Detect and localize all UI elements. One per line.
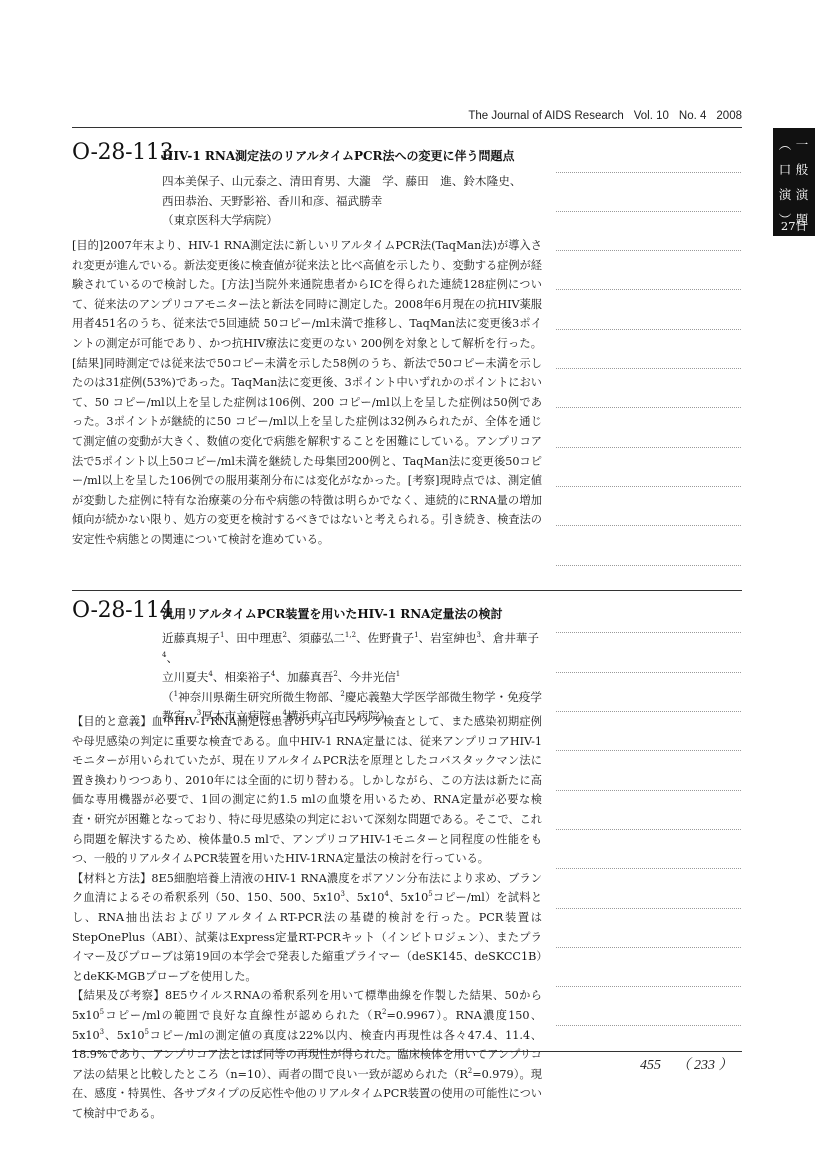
text-run: 、5x10 — [345, 891, 384, 904]
author-affiliation-mark: 2 — [282, 631, 286, 639]
side-tab-char: 口 — [776, 157, 794, 182]
abstract-o-28-114: O-28-114 汎用リアルタイムPCR装置を用いたHIV-1 RNA定量法の検… — [72, 598, 542, 1048]
text-run: 、5x10 — [104, 1029, 144, 1042]
note-line — [556, 750, 741, 751]
abstract-title: 汎用リアルタイムPCR装置を用いたHIV-1 RNA定量法の検討 — [162, 605, 503, 622]
abstract-text: [目的]2007年末より、HIV-1 RNA測定法に新しいリアルタイムPCR法(… — [72, 236, 542, 550]
abstract-id: O-28-113 — [72, 140, 173, 165]
notes-column — [556, 0, 741, 1170]
note-line — [556, 447, 741, 448]
author-line: 四本美保子、山元泰之、清田育男、大瀧 学、藤田 進、鈴木隆史、 — [162, 172, 547, 192]
author-affiliation-mark: 4 — [162, 651, 166, 659]
author-name: 今井光信 — [349, 670, 395, 684]
author-affiliation-mark: 2 — [333, 670, 337, 678]
author-affiliation-mark: 1 — [396, 670, 400, 678]
page-number: 455 （ 233 ） — [640, 1054, 733, 1074]
note-line — [556, 632, 741, 633]
abstract-title: HIV-1 RNA測定法のリアルタイムPCR法への変更に伴う問題点 — [162, 147, 515, 164]
section-methods: 【材料と方法】8E5細胞培養上清液のHIV-1 RNA濃度をポアソン分布法により… — [72, 869, 542, 987]
author-affiliation-mark: 4 — [271, 670, 275, 678]
note-line — [556, 289, 741, 290]
note-line — [556, 486, 741, 487]
note-line — [556, 525, 741, 526]
author-line: 西田恭治、天野影裕、香川和彦、福武勝幸 — [162, 192, 547, 212]
author-name: 佐野貴子 — [368, 631, 414, 645]
note-line — [556, 250, 741, 251]
note-line — [556, 1025, 741, 1026]
note-line — [556, 947, 741, 948]
abstract-o-28-113: O-28-113 HIV-1 RNA測定法のリアルタイムPCR法への変更に伴う問… — [72, 140, 542, 520]
abstract-body: [目的]2007年末より、HIV-1 RNA測定法に新しいリアルタイムPCR法(… — [72, 236, 542, 550]
author-affiliation-mark: 4 — [208, 670, 212, 678]
page-number-sub: （ 233 ） — [677, 1058, 733, 1073]
note-line — [556, 565, 741, 566]
note-line — [556, 790, 741, 791]
author-affiliation-mark: 3 — [477, 631, 481, 639]
affiliation-line: （東京医科大学病院） — [162, 211, 547, 231]
author-affiliation-mark: 1,2 — [345, 631, 356, 639]
author-name: 加藤真吾 — [287, 670, 333, 684]
author-name: 近藤真規子 — [162, 631, 220, 645]
note-line — [556, 368, 741, 369]
note-line — [556, 986, 741, 987]
note-line — [556, 908, 741, 909]
side-tab-char: ︵ — [776, 132, 794, 157]
side-tab-char: 一 — [793, 132, 811, 157]
page-number-main: 455 — [640, 1058, 661, 1073]
author-name: 須藤弘二 — [299, 631, 345, 645]
author-affiliation-mark: 1 — [414, 631, 418, 639]
section-side-tab: ︵ 口 演 ︶ 一 般 演 題 27日 — [773, 128, 815, 236]
side-tab-left-column: ︵ 口 演 ︶ — [776, 132, 794, 232]
note-line — [556, 711, 741, 712]
side-tab-char: 演 — [793, 182, 811, 207]
note-line — [556, 868, 741, 869]
author-name: 立川夏夫 — [162, 670, 208, 684]
note-line — [556, 329, 741, 330]
author-line: 立川夏夫4、相楽裕子4、加藤真吾2、今井光信1 — [162, 668, 547, 688]
affiliation-name: 慶応義塾大学医学部微生物学・免疫学 — [345, 690, 542, 704]
note-line — [556, 211, 741, 212]
section-purpose: 【目的と意義】血中HIV-1 RNA測定は患者のフォローアップ検査として、また感… — [72, 712, 542, 869]
author-name: 倉井華子 — [493, 631, 539, 645]
abstract-id: O-28-114 — [72, 598, 173, 623]
affiliation-line: （1神奈川県衛生研究所微生物部、2慶応義塾大学医学部微生物学・免疫学 — [162, 688, 547, 708]
side-tab-right-column: 一 般 演 題 — [793, 132, 811, 232]
abstract-authors: 四本美保子、山元泰之、清田育男、大瀧 学、藤田 進、鈴木隆史、 西田恭治、天野影… — [162, 172, 547, 231]
text-run: コピー/mlの範囲で良好な直線性が認められた（R — [104, 1009, 382, 1022]
author-name: 岩室紳也 — [430, 631, 476, 645]
side-tab-char: 般 — [793, 157, 811, 182]
author-name: 田中理恵 — [236, 631, 282, 645]
note-line — [556, 407, 741, 408]
paren: （ — [162, 690, 174, 704]
text-run: コピー/ml）を試料とし、RNA抽出法およびリアルタイムRT-PCR法の基礎的検… — [72, 891, 542, 982]
note-line — [556, 829, 741, 830]
text-run: 、5x10 — [389, 891, 428, 904]
note-line — [556, 672, 741, 673]
abstract-body: 【目的と意義】血中HIV-1 RNA測定は患者のフォローアップ検査として、また感… — [72, 712, 542, 1123]
section-results: 【結果及び考察】8E5ウイルスRNAの希釈系列を用いて標準曲線を作製した結果、5… — [72, 986, 542, 1123]
side-tab-day: 27日 — [773, 218, 815, 234]
footer-rule — [72, 1051, 742, 1052]
author-name: 相楽裕子 — [224, 670, 270, 684]
affiliation-name: 神奈川県衛生研究所微生物部、 — [178, 690, 340, 704]
author-line: 近藤真規子1、田中理恵2、須藤弘二1,2、佐野貴子1、岩室紳也3、倉井華子4、 — [162, 629, 547, 668]
side-tab-char: 演 — [776, 182, 794, 207]
note-line — [556, 172, 741, 173]
author-affiliation-mark: 1 — [220, 631, 224, 639]
